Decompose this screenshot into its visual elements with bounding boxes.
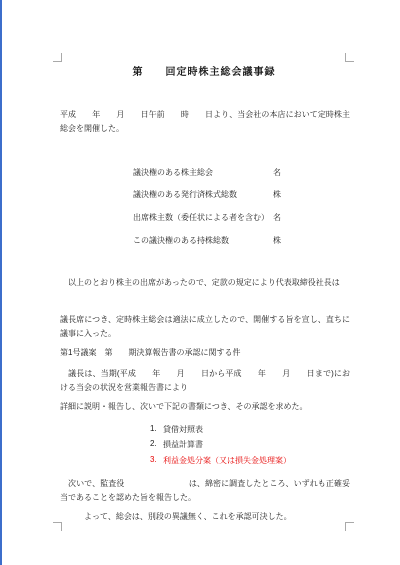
text-boundary-mark-top-right — [345, 53, 354, 62]
attendance-label: 議決権のある発行済株式総数 — [133, 189, 237, 200]
attendance-unit: 名 — [273, 212, 281, 223]
list-item-number: 3. — [150, 455, 157, 464]
chairman-paragraph: 議長席につき、定時株主総会は適法に成立したので、開催する旨を宣し、直ちに議事に入… — [60, 313, 350, 341]
attendance-label: 議決権のある株主総会 — [133, 167, 213, 178]
opening-paragraph: 平成 年 月 日午前 時 日より、当会社の本店において定時株主総会を開催した。 — [60, 108, 350, 136]
quorum-paragraph: 以上のとおり株主の出席があったので、定款の規定により代表取締役社長は — [60, 276, 350, 290]
attendance-unit: 株 — [273, 235, 281, 246]
document-page: { "page": { "title": "第 回定時株主総会議事録", "op… — [0, 0, 400, 565]
attendance-unit: 名 — [273, 167, 281, 178]
attendance-label: この議決権のある持株総数 — [133, 235, 229, 246]
list-item-number: 1. — [150, 424, 157, 433]
report-paragraph: 議長は、当期(平成 年 月 日から平成 年 月 日まで)における当会の状況を営業… — [60, 367, 350, 395]
agenda-heading: 第1号議案 第 期決算報告書の承認に関する件 — [60, 346, 350, 360]
document-title: 第 回定時株主総会議事録 — [60, 63, 348, 78]
list-item-label: 利益金処分案（又は損失金処理案） — [163, 455, 291, 466]
attendance-row-shareholders: 議決権のある株主総会 名 — [0, 167, 400, 179]
attendance-row-voting-shares: この議決権のある持株総数 株 — [0, 235, 400, 247]
auditor-paragraph: 次いで、監査役 は、綿密に調査したところ、いずれも正確妥当であることを認めた旨を… — [60, 477, 350, 505]
list-item-label: 損益計算書 — [163, 439, 203, 450]
attendance-unit: 株 — [273, 189, 281, 200]
text-boundary-mark-bottom-left — [53, 522, 62, 531]
attendance-row-issued-shares: 議決権のある発行済株式総数 株 — [0, 189, 400, 201]
attendance-row-present-shareholders: 出席株主数（委任状による者を含む） 名 — [0, 212, 400, 224]
window-left-edge — [0, 0, 2, 565]
list-item-number: 2. — [150, 439, 157, 448]
approval-request-paragraph: 詳細に説明・報告し、次いで下記の書類につき、その承認を求めた。 — [60, 400, 350, 414]
list-item-label: 貸借対照表 — [163, 424, 203, 435]
resolution-paragraph: よって、総会は、別段の異議無く、これを承認可決した。 — [84, 510, 350, 524]
text-boundary-mark-top-left — [53, 53, 62, 62]
attendance-label: 出席株主数（委任状による者を含む） — [133, 212, 269, 223]
